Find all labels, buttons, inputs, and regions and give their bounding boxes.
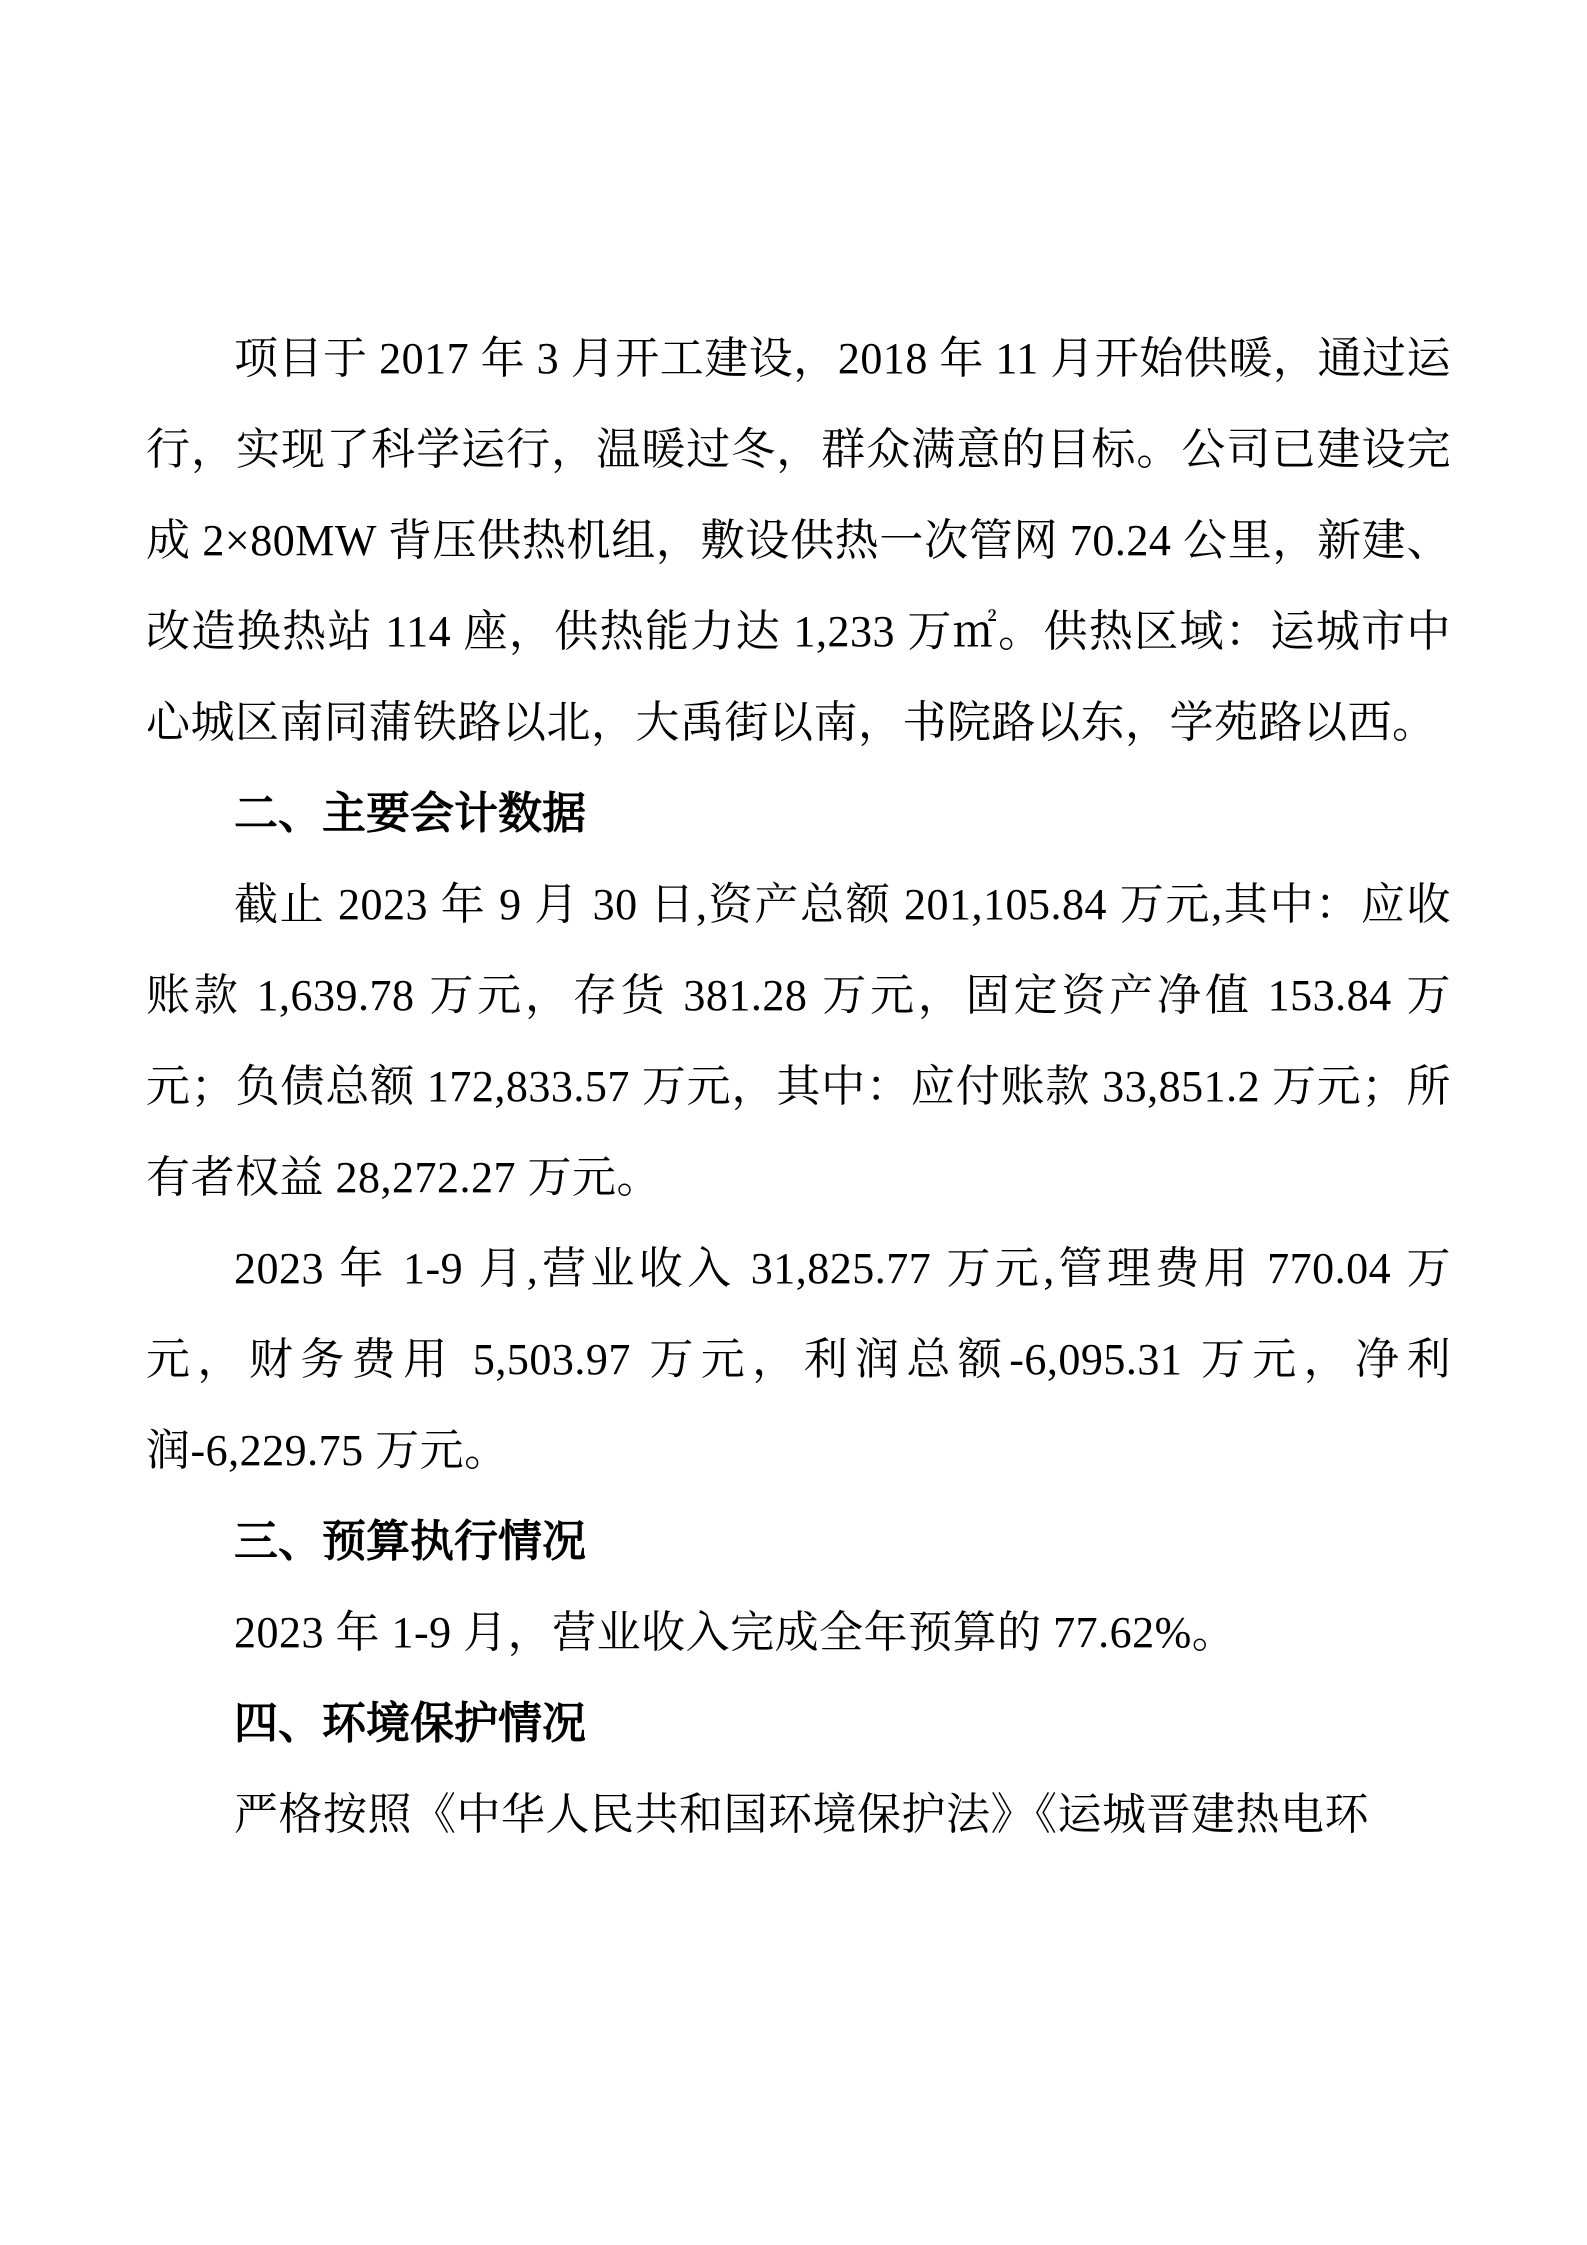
document-content: 项目于 2017 年 3 月开工建设，2018 年 11 月开始供暖，通过运行，… [146, 313, 1451, 1860]
heading-environmental-protection: 四、环境保护情况 [146, 1678, 1451, 1769]
paragraph-project-construction-overview: 项目于 2017 年 3 月开工建设，2018 年 11 月开始供暖，通过运行，… [146, 313, 1451, 768]
paragraph-budget-completion: 2023 年 1-9 月，营业收入完成全年预算的 77.62%。 [146, 1587, 1451, 1678]
heading-main-accounting-data: 二、主要会计数据 [146, 768, 1451, 859]
document-page: 项目于 2017 年 3 月开工建设，2018 年 11 月开始供暖，通过运行，… [0, 0, 1587, 2245]
heading-budget-execution: 三、预算执行情况 [146, 1496, 1451, 1587]
paragraph-balance-sheet-summary: 截止 2023 年 9 月 30 日,资产总额 201,105.84 万元,其中… [146, 859, 1451, 1223]
paragraph-income-statement-summary: 2023 年 1-9 月,营业收入 31,825.77 万元,管理费用 770.… [146, 1223, 1451, 1496]
paragraph-environmental-compliance: 严格按照《中华人民共和国环境保护法》《运城晋建热电环 [146, 1769, 1451, 1860]
